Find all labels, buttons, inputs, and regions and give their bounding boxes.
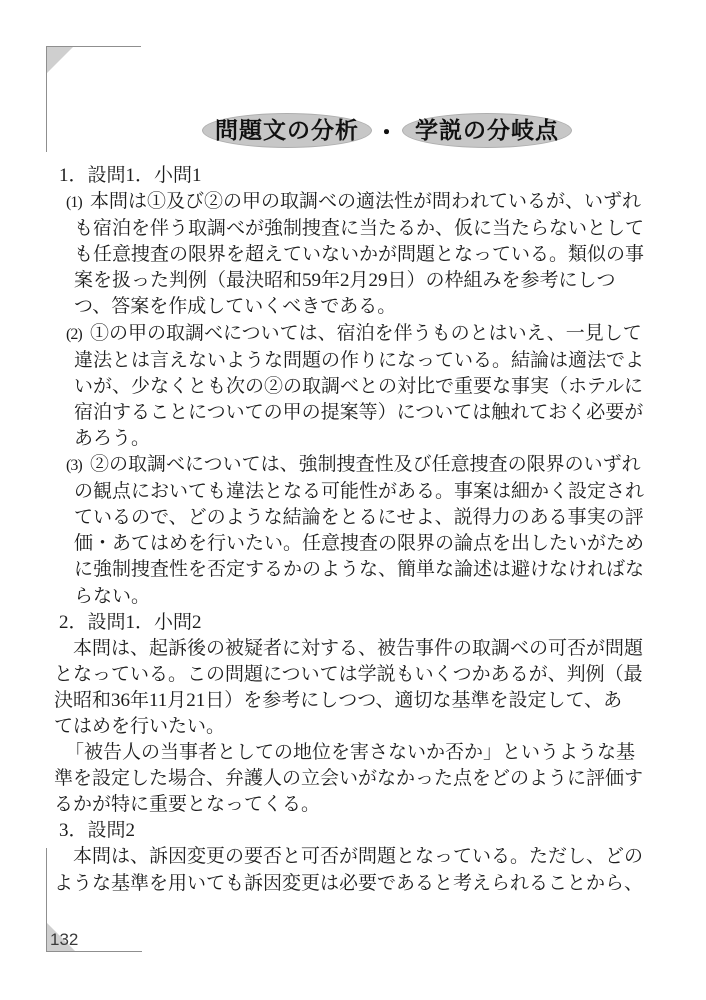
section-heading: 1．設問1．小問1 [59, 163, 654, 189]
page-number: 132 [50, 930, 78, 950]
text-line: の観点においても違法となる可能性がある。事案は細かく設定され [74, 479, 654, 505]
page-corner-fold-top [47, 47, 73, 73]
item-text: ②の取調べについては、強制捜査性及び任意捜査の限界のいずれ [90, 454, 641, 475]
section-title-badge: 問題文の分析 ・ 学説の分岐点 [202, 109, 572, 151]
text-line: 価・あてはめを行いたい。任意捜査の限界の論点を出したいがため [74, 531, 654, 557]
text-line: 決昭和36年11月21日）を参考にしつつ、適切な基準を設定して、あ [54, 688, 654, 714]
text-line: 本問は、起訴後の被疑者に対する、被告事件の取調べの可否が問題 [73, 636, 654, 662]
text-line: いが、少なくとも次の②の取調べとの対比で重要な事実（ホテルに [74, 374, 654, 400]
text-line: あろう。 [74, 426, 654, 452]
item-label: (3) [66, 453, 90, 479]
numbered-item: (2)①の甲の取調べについては、宿泊を伴うものとはいえ、一見して [66, 321, 654, 348]
badge-pill-right: 学説の分岐点 [402, 113, 572, 148]
text-line: も宿泊を伴う取調べが強制捜査に当たるか、仮に当たらないとして [74, 216, 654, 242]
text-line: に強制捜査性を否定するかのような、簡単な論述は避けなければな [74, 557, 654, 583]
text-line: つ、答案を作成していくべきである。 [74, 294, 654, 320]
text-line: らない。 [74, 584, 654, 610]
section-heading: 2．設問1．小問2 [59, 610, 654, 636]
text-line: るかが特に重要となってくる。 [54, 792, 654, 818]
text-line: 準を設定した場合、弁護人の立会いがなかった点をどのように評価す [54, 766, 654, 792]
text-line: 案を扱った判例（最決昭和59年2月29日）の枠組みを参考にしつ [74, 268, 654, 294]
item-text: ①の甲の取調べについては、宿泊を伴うものとはいえ、一見して [90, 323, 642, 344]
numbered-item: (1)本問は①及び②の甲の取調べの適法性が問われているが、いずれ [66, 189, 654, 216]
text-line: ているので、どのような結論をとるにせよ、説得力のある事実の評 [74, 505, 654, 531]
item-label: (1) [66, 190, 90, 216]
numbered-item: (3)②の取調べについては、強制捜査性及び任意捜査の限界のいずれ [66, 452, 654, 479]
bottom-left-horizontal-rule [46, 951, 142, 952]
badge-separator-dot: ・ [375, 114, 399, 147]
section-heading: 3．設問2 [59, 818, 654, 844]
text-line: となっている。この問題については学説もいくつかあるが、判例（最 [54, 662, 654, 688]
body-text: 1．設問1．小問1 (1)本問は①及び②の甲の取調べの適法性が問われているが、い… [54, 163, 654, 897]
item-text: 本問は①及び②の甲の取調べの適法性が問われているが、いずれ [90, 191, 641, 212]
text-line: ような基準を用いても訴因変更は必要であると考えられることから、 [54, 871, 654, 897]
text-line: 本問は、訴因変更の要否と可否が問題となっている。ただし、どの [73, 844, 654, 870]
item-label: (2) [66, 322, 90, 348]
text-line: 違法とは言えないような問題の作りになっている。結論は適法でよ [74, 348, 654, 374]
badge-pill-left: 問題文の分析 [202, 113, 372, 148]
text-line: 「被告人の当事者としての地位を害さないか否か」というような基 [65, 740, 654, 766]
text-line: てはめを行いたい。 [54, 714, 654, 740]
text-line: も任意捜査の限界を超えていないかが問題となっている。類似の事 [74, 242, 654, 268]
text-line: 宿泊することについての甲の提案等）については触れておく必要が [74, 400, 654, 426]
